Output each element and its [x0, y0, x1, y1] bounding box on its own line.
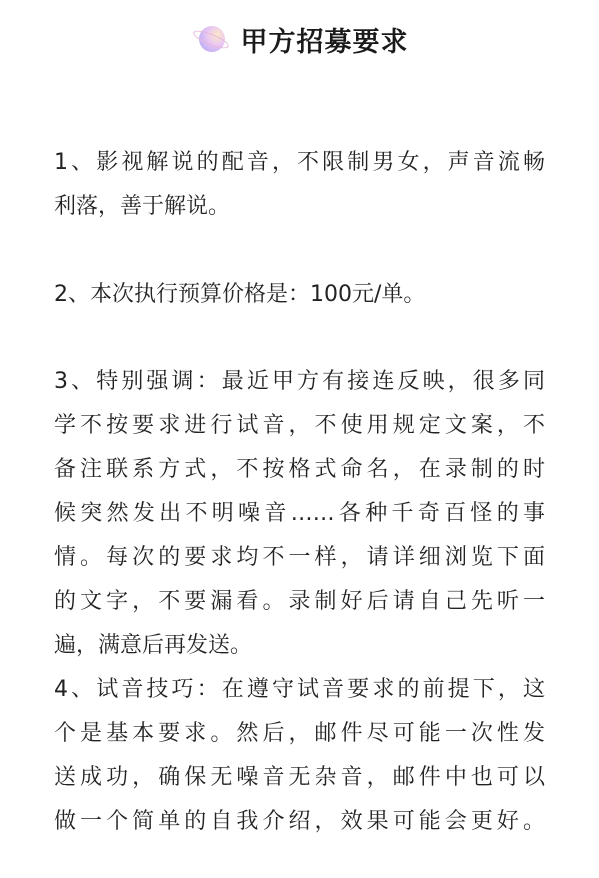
paragraph-3-line-7: 遍，满意后再发送。	[54, 631, 545, 661]
paragraph-3-line-2: 学不按要求进行试音，不使用规定文案，不	[54, 411, 545, 441]
paragraph-1-line-2: 利落，善于解说。	[54, 192, 545, 222]
paragraph-2-line-1: 2、本次执行预算价格是：100元/单。	[54, 280, 545, 310]
paragraph-3-line-5: 情。每次的要求均不一样，请详细浏览下面	[54, 543, 545, 573]
paragraph-3-line-1: 3、特别强调：最近甲方有接连反映，很多同	[54, 367, 545, 397]
paragraph-4-line-1: 4、试音技巧：在遵守试音要求的前提下，这	[54, 675, 545, 705]
paragraph-3-line-4: 候突然发出不明噪音……各种千奇百怪的事	[54, 499, 545, 529]
paragraph-4-line-2: 个是基本要求。然后，邮件尽可能一次性发	[54, 719, 545, 749]
planet-icon	[191, 22, 231, 56]
page-title: 甲方招募要求	[241, 20, 409, 59]
page-header: 甲方招募要求	[0, 16, 599, 62]
paragraph-3-line-3: 备注联系方式，不按格式命名，在录制的时	[54, 455, 545, 485]
paragraph-4-line-4: 做一个简单的自我介绍，效果可能会更好。	[54, 807, 545, 837]
paragraph-4-line-3: 送成功，确保无噪音无杂音，邮件中也可以	[54, 763, 545, 793]
paragraph-3-line-6: 的文字，不要漏看。录制好后请自己先听一	[54, 587, 545, 617]
paragraph-1-line-1: 1、影视解说的配音，不限制男女，声音流畅	[54, 148, 545, 178]
